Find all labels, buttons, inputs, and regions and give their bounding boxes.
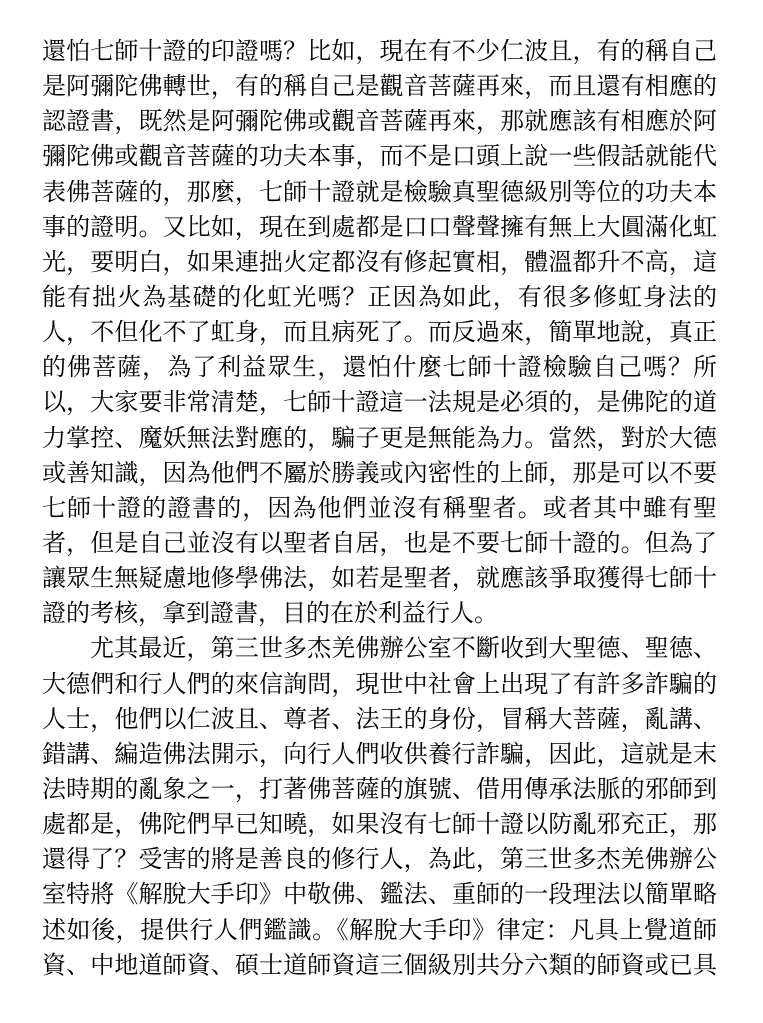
text-line: 力掌控、魔妖無法對應的，騙子更是無能為力。當然，對於大德 — [42, 421, 717, 456]
document-page: 還怕七師十證的印證嗎？比如，現在有不少仁波且，有的稱自己 是阿彌陀佛轉世，有的稱… — [0, 0, 763, 1023]
text-line: 室特將《解脫大手印》中敬佛、鑑法、重師的一段理法以簡單略 — [42, 877, 717, 912]
text-line-paragraph-end: 證的考核，拿到證書，目的在於利益行人。 — [42, 596, 717, 631]
text-line: 彌陀佛或觀音菩薩的功夫本事，而不是口頭上說一些假話就能代 — [42, 139, 717, 174]
text-line: 是阿彌陀佛轉世，有的稱自己是觀音菩薩再來，而且還有相應的 — [42, 69, 717, 104]
text-line: 法時期的亂象之一，打著佛菩薩的旗號、借用傳承法脈的邪師到 — [42, 772, 717, 807]
text-line-indented: 尤其最近，第三世多杰羌佛辦公室不斷收到大聖德、聖德、 — [42, 631, 717, 666]
text-line: 認證書，既然是阿彌陀佛或觀音菩薩再來，那就應該有相應於阿 — [42, 104, 717, 139]
text-line: 還得了？受害的將是善良的修行人，為此，第三世多杰羌佛辦公 — [42, 842, 717, 877]
text-line: 述如後，提供行人們鑑識。《解脫大手印》律定：凡具上覺道師 — [42, 913, 717, 948]
text-line: 表佛菩薩的，那麼，七師十證就是檢驗真聖德級別等位的功夫本 — [42, 175, 717, 210]
text-line: 讓眾生無疑慮地修學佛法，如若是聖者，就應該爭取獲得七師十 — [42, 561, 717, 596]
text-line: 資、中地道師資、碩士道師資這三個級別共分六類的師資或已具 — [42, 948, 717, 983]
text-line: 還怕七師十證的印證嗎？比如，現在有不少仁波且，有的稱自己 — [42, 34, 717, 69]
text-line: 以，大家要非常清楚，七師十證這一法規是必須的，是佛陀的道 — [42, 385, 717, 420]
text-line: 錯講、編造佛法開示，向行人們收供養行詐騙，因此，這就是末 — [42, 737, 717, 772]
paragraph-2: 尤其最近，第三世多杰羌佛辦公室不斷收到大聖德、聖德、 大德們和行人們的來信詢問，… — [42, 631, 717, 982]
paragraph-1: 還怕七師十證的印證嗎？比如，現在有不少仁波且，有的稱自己 是阿彌陀佛轉世，有的稱… — [42, 34, 717, 631]
text-line: 人，不但化不了虹身，而且病死了。而反過來，簡單地說，真正 — [42, 315, 717, 350]
text-line: 大德們和行人們的來信詢問，現世中社會上出現了有許多詐騙的 — [42, 667, 717, 702]
text-line: 的佛菩薩，為了利益眾生，還怕什麼七師十證檢驗自己嗎？所 — [42, 350, 717, 385]
text-line: 者，但是自己並沒有以聖者自居，也是不要七師十證的。但為了 — [42, 526, 717, 561]
text-line: 能有拙火為基礎的化虹光嗎？正因為如此，有很多修虹身法的 — [42, 280, 717, 315]
text-line: 事的證明。又比如，現在到處都是口口聲聲擁有無上大圓滿化虹 — [42, 210, 717, 245]
text-line: 或善知識，因為他們不屬於勝義或內密性的上師，那是可以不要 — [42, 456, 717, 491]
text-line: 七師十證的證書的，因為他們並沒有稱聖者。或者其中雖有聖 — [42, 491, 717, 526]
text-line: 光，要明白，如果連拙火定都沒有修起實相，體溫都升不高，這 — [42, 245, 717, 280]
text-line: 人士，他們以仁波且、尊者、法王的身份，冒稱大菩薩，亂講、 — [42, 702, 717, 737]
text-line: 處都是，佛陀們早已知曉，如果沒有七師十證以防亂邪充正，那 — [42, 807, 717, 842]
